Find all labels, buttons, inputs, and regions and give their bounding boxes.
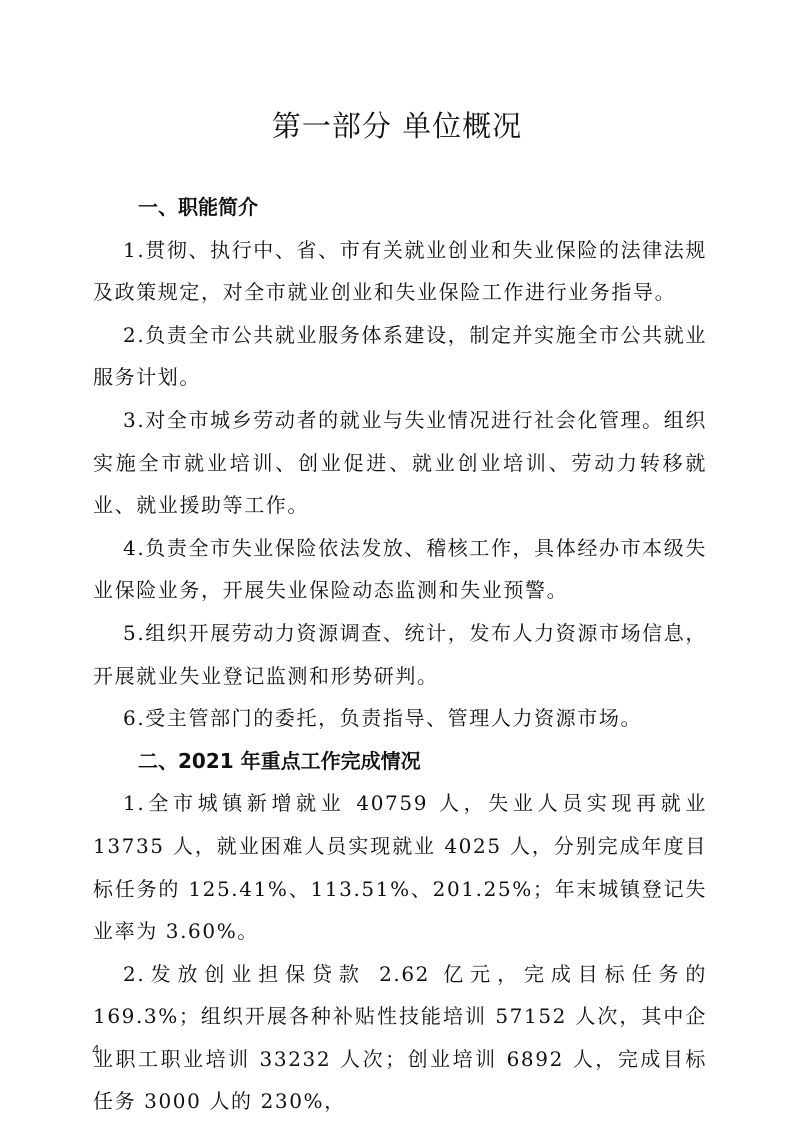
paragraph: 3.对全市城乡劳动者的就业与失业情况进行社会化管理。组织实施全市就业培训、创业促… xyxy=(93,399,707,527)
section-heading: 二、2021 年重点工作完成情况 xyxy=(93,740,707,783)
page-title: 第一部分 单位概况 xyxy=(0,106,794,146)
paragraph: 2.负责全市公共就业服务体系建设，制定并实施全市公共就业服务计划。 xyxy=(93,314,707,399)
section-heading: 一、职能简介 xyxy=(93,186,707,229)
section-2021-work: 二、2021 年重点工作完成情况 1.全市城镇新增就业 40759 人，失业人员… xyxy=(93,740,707,1122)
paragraph: 2.发放创业担保贷款 2.62 亿元，完成目标任务的 169.3%；组织开展各种… xyxy=(93,953,707,1122)
paragraph: 4.负责全市失业保险依法发放、稽核工作，具体经办市本级失业保险业务，开展失业保险… xyxy=(93,527,707,612)
paragraph: 6.受主管部门的委托，负责指导、管理人力资源市场。 xyxy=(93,697,707,740)
paragraph: 1.全市城镇新增就业 40759 人，失业人员实现再就业 13735 人，就业困… xyxy=(93,782,707,952)
section-functions: 一、职能简介 1.贯彻、执行中、省、市有关就业创业和失业保险的法律法规及政策规定… xyxy=(93,186,707,740)
page-number: 4 xyxy=(92,1043,100,1057)
document-body: 一、职能简介 1.贯彻、执行中、省、市有关就业创业和失业保险的法律法规及政策规定… xyxy=(93,186,707,1122)
paragraph: 1.贯彻、执行中、省、市有关就业创业和失业保险的法律法规及政策规定，对全市就业创… xyxy=(93,229,707,314)
paragraph: 5.组织开展劳动力资源调查、统计，发布人力资源市场信息，开展就业失业登记监测和形… xyxy=(93,612,707,697)
